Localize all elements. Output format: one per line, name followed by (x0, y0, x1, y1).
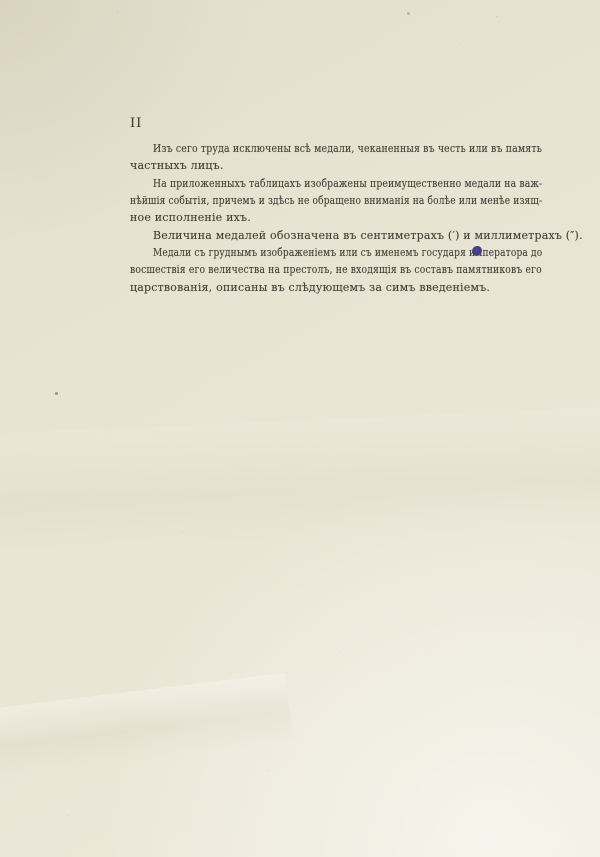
paper-specks (0, 0, 1, 1)
text-line: ное исполненіе ихъ. (130, 209, 542, 226)
text-line: частныхъ лицъ. (130, 157, 542, 174)
text-line: На приложенныхъ таблицахъ изображены пре… (130, 175, 542, 192)
text-line: нѣйшія событія, причемъ и здѣсь не обращ… (130, 192, 542, 209)
page-number: II (130, 117, 142, 130)
text-line: царствованія, описаны въ слѣдующемъ за с… (130, 279, 542, 296)
body-text: Изъ сего труда исключены всѣ медали, чек… (130, 140, 542, 296)
paper-crease (0, 673, 293, 781)
text-line: Величина медалей обозначена въ сентиметр… (130, 227, 542, 244)
text-line: восшествія его величества на престолъ, н… (130, 261, 542, 278)
scanned-book-page: II Изъ сего труда исключены всѣ медали, … (0, 0, 600, 857)
ink-blot (472, 246, 482, 256)
paper-crease (0, 405, 600, 555)
text-line: Изъ сего труда исключены всѣ медали, чек… (130, 140, 542, 157)
